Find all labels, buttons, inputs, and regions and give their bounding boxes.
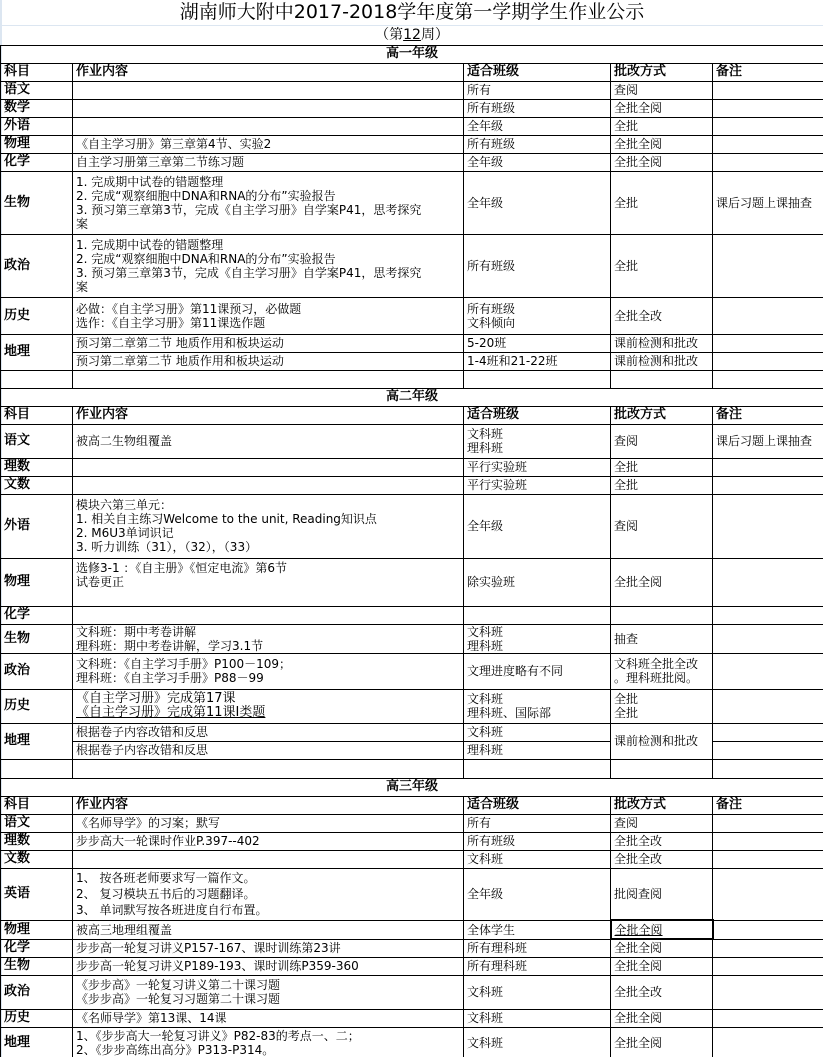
grade-header: 高二年级 <box>1 388 823 406</box>
content-line: 3、 单词默写按各班进度自行布置。 <box>76 902 460 918</box>
note-cell[interactable] <box>713 234 823 297</box>
method-cell[interactable]: 批阅查阅 <box>611 868 713 920</box>
classes-cell[interactable] <box>464 606 611 624</box>
subtitle-prefix: （第 <box>375 27 403 43</box>
classes-cell[interactable]: 文理进度略有不同 <box>464 653 611 689</box>
col-header-note: 备注 <box>713 796 823 814</box>
subject-cell[interactable]: 理数 <box>1 458 73 476</box>
content-cell[interactable] <box>73 759 464 778</box>
classes-cell[interactable]: 文科班 <box>464 723 611 741</box>
classes-line: 理科班 <box>467 441 607 455</box>
table-row: 政治 《步步高》一轮复习讲义第二十课习题 《步步高》一轮复习习题第二十课习题 文… <box>1 975 823 1009</box>
page-title: 湖南师大附中2017-2018学年度第一学期学生作业公示 <box>1 0 823 25</box>
method-cell[interactable]: 课前检测和批改 <box>611 352 713 370</box>
content-cell[interactable]: 《步步高》一轮复习讲义第二十课习题 《步步高》一轮复习习题第二十课习题 <box>73 975 464 1009</box>
table-row: 物理 《自主学习册》第三章第4节、实验2 所有班级 全批全阅 <box>1 135 823 153</box>
note-cell[interactable] <box>713 117 823 135</box>
content-cell[interactable] <box>73 117 464 135</box>
note-cell[interactable] <box>713 814 823 832</box>
content-line: 《步步高》一轮复习讲义第二十课习题 <box>76 978 460 992</box>
note-cell[interactable] <box>713 558 823 606</box>
content-line: 3. 听力训练（31），（32），（33） <box>76 540 460 554</box>
content-cell[interactable]: 预习第二章第二节 地质作用和板块运动 <box>73 334 464 352</box>
content-cell[interactable] <box>73 81 464 99</box>
classes-cell[interactable]: 1-4班和21-22班 <box>464 352 611 370</box>
table-row: 语文 《名师导学》的习案；默写 所有 查阅 <box>1 814 823 832</box>
classes-line: 文科班 <box>467 692 607 706</box>
classes-cell[interactable]: 全体学生 <box>464 920 611 939</box>
method-cell[interactable]: 查阅 <box>611 814 713 832</box>
content-line: 1. 完成期中试卷的错题整理 <box>76 175 460 189</box>
subject-cell[interactable]: 外语 <box>1 117 73 135</box>
classes-cell[interactable]: 全年级 <box>464 868 611 920</box>
content-cell[interactable]: 根据卷子内容改错和反思 <box>73 741 464 759</box>
content-cell[interactable] <box>73 850 464 868</box>
content-cell[interactable]: 自主学习册第三章第二节练习题 <box>73 153 464 171</box>
col-header-subject: 科目 <box>1 796 73 814</box>
content-line: 选修3-1 ：《自主册》《恒定电流》第6节 <box>76 561 460 575</box>
homework-table: 湖南师大附中2017-2018学年度第一学期学生作业公示 （第12周） 高一年级… <box>0 0 823 1057</box>
method-cell[interactable]: 文科班全批全改 。理科班批阅。 <box>611 653 713 689</box>
classes-cell[interactable]: 理科班 <box>464 741 611 759</box>
content-line: 选作：《自主学习册》第11课选作题 <box>76 316 460 330</box>
table-row-empty <box>1 370 823 388</box>
note-cell[interactable] <box>713 81 823 99</box>
method-cell[interactable] <box>611 370 713 388</box>
table-row: 语文 被高二生物组覆盖 文科班 理科班 查阅 课后习题上课抽查 <box>1 424 823 458</box>
note-cell[interactable]: 课后习题上课抽查 <box>713 424 823 458</box>
col-header-method: 批改方式 <box>611 796 713 814</box>
week-number: 12 <box>403 27 421 43</box>
classes-line: 所有班级 <box>467 302 607 316</box>
note-cell[interactable] <box>713 832 823 850</box>
method-cell[interactable]: 全批全阅 <box>611 939 713 957</box>
method-cell[interactable]: 全批全阅 <box>611 135 713 153</box>
table-row: 理数 步步高大一轮课时作业P.397--402 所有班级 全批全改 <box>1 832 823 850</box>
method-cell[interactable]: 全批全阅 <box>611 99 713 117</box>
classes-cell[interactable]: 所有 <box>464 81 611 99</box>
content-line: 2. M6U3单词识记 <box>76 526 460 540</box>
content-line: 《自主学习册》完成第11课Ⅰ类题 <box>76 706 460 720</box>
classes-line: 理科班 <box>467 639 607 653</box>
col-header-subject: 科目 <box>1 406 73 424</box>
subject-cell[interactable]: 物理 <box>1 558 73 606</box>
table-row: 预习第二章第二节 地质作用和板块运动 1-4班和21-22班 课前检测和批改 <box>1 352 823 370</box>
table-row: 地理 1、《步步高大一轮复习讲义》P82-83的考点一、二； 2、《步步高练出高… <box>1 1027 823 1057</box>
content-line: 1、 按各班老师要求写一篇作文。 <box>76 870 460 886</box>
content-cell[interactable]: 被高二生物组覆盖 <box>73 424 464 458</box>
table-row: 化学 步步高一轮复习讲义P157-167、课时训练第23讲 所有理科班 全批全阅 <box>1 939 823 957</box>
content-line: 试卷更正 <box>76 575 460 589</box>
method-cell[interactable]: 全批 全批 <box>611 689 713 723</box>
note-cell[interactable] <box>713 975 823 1009</box>
content-line: 模块六第三单元： <box>76 498 460 512</box>
content-line: 必做：《自主学习册》第11课预习，必做题 <box>76 302 460 316</box>
note-cell[interactable]: 课后习题上课抽查 <box>713 171 823 234</box>
classes-cell[interactable]: 所有班级 <box>464 234 611 297</box>
content-cell[interactable]: 步步高大一轮课时作业P.397--402 <box>73 832 464 850</box>
method-line: 全批 <box>614 706 709 720</box>
content-line: 2、《步步高练出高分》P313-P314。 <box>76 1043 460 1057</box>
classes-cell[interactable]: 所有理科班 <box>464 939 611 957</box>
method-line: 全批 <box>614 692 709 706</box>
classes-line: 文科倾向 <box>467 316 607 330</box>
subject-cell[interactable]: 政治 <box>1 653 73 689</box>
content-cell[interactable]: 选修3-1 ：《自主册》《恒定电流》第6节 试卷更正 <box>73 558 464 606</box>
content-line: 理科班：期中考卷讲解，学习3.1节 <box>76 639 460 653</box>
method-cell[interactable]: 全批全阅 <box>611 558 713 606</box>
classes-cell[interactable]: 文科班 理科班 <box>464 624 611 653</box>
note-cell[interactable] <box>713 135 823 153</box>
method-cell[interactable]: 查阅 <box>611 424 713 458</box>
content-line: 1. 完成期中试卷的错题整理 <box>76 238 460 252</box>
method-cell[interactable]: 全批 <box>611 458 713 476</box>
table-row: 地理 预习第二章第二节 地质作用和板块运动 5-20班 课前检测和批改 <box>1 334 823 352</box>
table-row: 语文 所有 查阅 <box>1 81 823 99</box>
classes-cell[interactable]: 全年级 <box>464 153 611 171</box>
classes-line: 理科班、国际部 <box>467 706 607 720</box>
subject-cell[interactable]: 语文 <box>1 814 73 832</box>
subject-cell[interactable]: 语文 <box>1 81 73 99</box>
week-subtitle: （第12周） <box>1 25 823 45</box>
content-cell[interactable]: 《名师导学》第13课、14课 <box>73 1009 464 1027</box>
content-cell[interactable]: 《名师导学》的习案；默写 <box>73 814 464 832</box>
content-cell[interactable]: 《自主学习册》第三章第4节、实验2 <box>73 135 464 153</box>
note-cell[interactable] <box>713 1027 823 1057</box>
table-row: 政治 文科班：《自主学习手册》P100－109； 理科班：《自主学习手册》P88… <box>1 653 823 689</box>
subject-cell[interactable]: 历史 <box>1 689 73 723</box>
classes-cell[interactable]: 所有班级 <box>464 99 611 117</box>
classes-cell[interactable]: 文科班 <box>464 975 611 1009</box>
content-line: 文科班：《自主学习手册》P100－109； <box>76 657 460 671</box>
method-cell[interactable]: 全批全阅 <box>611 153 713 171</box>
classes-cell[interactable]: 文科班 <box>464 1027 611 1057</box>
content-cell[interactable]: 1. 完成期中试卷的错题整理 2. 完成“观察细胞中DNA和RNA的分布”实验报… <box>73 234 464 297</box>
classes-cell[interactable]: 所有班级 <box>464 832 611 850</box>
note-cell[interactable] <box>713 494 823 558</box>
content-cell[interactable]: 文科班：《自主学习手册》P100－109； 理科班：《自主学习手册》P88－99 <box>73 653 464 689</box>
method-cell[interactable]: 全批全改 <box>611 850 713 868</box>
subject-cell[interactable]: 生物 <box>1 171 73 234</box>
table-row: 外语 模块六第三单元： 1. 相关自主练习Welcome to the unit… <box>1 494 823 558</box>
col-header-classes: 适合班级 <box>464 796 611 814</box>
method-cell[interactable]: 查阅 <box>611 494 713 558</box>
table-row: 化学 <box>1 606 823 624</box>
method-cell[interactable] <box>611 606 713 624</box>
method-cell[interactable]: 全批 <box>611 476 713 494</box>
classes-cell[interactable]: 文科班 理科班 <box>464 424 611 458</box>
subject-cell[interactable]: 文数 <box>1 476 73 494</box>
content-cell[interactable] <box>73 606 464 624</box>
method-cell[interactable]: 全批全改 <box>611 832 713 850</box>
col-header-classes: 适合班级 <box>464 63 611 81</box>
subject-cell[interactable]: 物理 <box>1 135 73 153</box>
content-cell[interactable] <box>73 476 464 494</box>
table-row: 历史 《名师导学》第13课、14课 文科班 全批全阅 <box>1 1009 823 1027</box>
note-cell[interactable] <box>713 868 823 920</box>
method-cell[interactable]: 全批 <box>611 117 713 135</box>
content-line: 文科班：期中考卷讲解 <box>76 625 460 639</box>
content-line: 3. 预习第三章第3节，完成《自主学习册》自学案P41，思考探究 <box>76 203 460 217</box>
table-row: 物理 被高三地理组覆盖 全体学生 全批全阅 <box>1 920 823 939</box>
content-line: 2. 完成“观察细胞中DNA和RNA的分布”实验报告 <box>76 252 460 266</box>
note-cell[interactable] <box>713 741 823 759</box>
content-cell[interactable]: 根据卷子内容改错和反思 <box>73 723 464 741</box>
method-cell[interactable]: 全批 <box>611 234 713 297</box>
table-row: 生物 文科班：期中考卷讲解 理科班：期中考卷讲解，学习3.1节 文科班 理科班 … <box>1 624 823 653</box>
note-cell[interactable] <box>713 653 823 689</box>
method-cell[interactable]: 课前检测和批改 <box>611 334 713 352</box>
table-row: 文数 平行实验班 全批 <box>1 476 823 494</box>
table-row: 外语 全年级 全批 <box>1 117 823 135</box>
col-header-content: 作业内容 <box>73 406 464 424</box>
note-cell[interactable] <box>713 723 823 741</box>
note-cell[interactable] <box>713 939 823 957</box>
content-cell[interactable]: 被高三地理组覆盖 <box>73 920 464 939</box>
note-cell[interactable] <box>713 957 823 975</box>
subject-cell[interactable]: 化学 <box>1 606 73 624</box>
classes-cell[interactable]: 文科班 <box>464 1009 611 1027</box>
subject-cell[interactable]: 文数 <box>1 850 73 868</box>
table-row: 生物 1. 完成期中试卷的错题整理 2. 完成“观察细胞中DNA和RNA的分布”… <box>1 171 823 234</box>
table-row: 物理 选修3-1 ：《自主册》《恒定电流》第6节 试卷更正 除实验班 全批全阅 <box>1 558 823 606</box>
col-header-note: 备注 <box>713 63 823 81</box>
col-header-classes: 适合班级 <box>464 406 611 424</box>
classes-cell[interactable]: 所有理科班 <box>464 957 611 975</box>
table-row: 地理 根据卷子内容改错和反思 文科班 课前检测和批改 <box>1 723 823 741</box>
col-header-method: 批改方式 <box>611 63 713 81</box>
classes-cell[interactable]: 所有班级 文科倾向 <box>464 297 611 334</box>
table-row-empty <box>1 759 823 778</box>
subject-cell[interactable]: 语文 <box>1 424 73 458</box>
method-line: 文科班全批全改 <box>614 657 709 671</box>
note-cell[interactable] <box>713 334 823 352</box>
note-cell[interactable] <box>713 624 823 653</box>
table-row: 历史 必做：《自主学习册》第11课预习，必做题 选作：《自主学习册》第11课选作… <box>1 297 823 334</box>
classes-cell[interactable]: 除实验班 <box>464 558 611 606</box>
content-cell[interactable]: 《自主学习册》完成第17课 《自主学习册》完成第11课Ⅰ类题 <box>73 689 464 723</box>
note-cell[interactable] <box>713 850 823 868</box>
col-header-content: 作业内容 <box>73 796 464 814</box>
content-line: 理科班：《自主学习手册》P88－99 <box>76 671 460 685</box>
subject-cell[interactable]: 生物 <box>1 624 73 653</box>
grade-header: 高三年级 <box>1 778 823 796</box>
content-cell[interactable]: 1、《步步高大一轮复习讲义》P82-83的考点一、二； 2、《步步高练出高分》P… <box>73 1027 464 1057</box>
method-cell[interactable]: 全批 <box>611 171 713 234</box>
classes-line: 文科班 <box>467 625 607 639</box>
method-cell[interactable]: 抽查 <box>611 624 713 653</box>
note-cell[interactable] <box>713 606 823 624</box>
table-row: 英语 1、 按各班老师要求写一篇作文。 2、 复习模块五书后的习题翻译。 3、 … <box>1 868 823 920</box>
table-row: 生物 步步高一轮复习讲义P189-193、课时训练P359-360 所有理科班 … <box>1 957 823 975</box>
classes-cell[interactable] <box>464 370 611 388</box>
content-line: 1. 相关自主练习Welcome to the unit, Reading知识点 <box>76 512 460 526</box>
classes-cell[interactable] <box>464 759 611 778</box>
col-header-content: 作业内容 <box>73 63 464 81</box>
subject-cell[interactable]: 化学 <box>1 153 73 171</box>
content-cell[interactable] <box>73 458 464 476</box>
note-cell[interactable] <box>713 458 823 476</box>
content-line <box>76 589 460 603</box>
subject-cell[interactable]: 政治 <box>1 975 73 1009</box>
content-line: 《自主学习册》完成第17课 <box>76 692 460 706</box>
content-line: 案 <box>76 280 460 294</box>
content-cell[interactable] <box>73 99 464 117</box>
method-cell[interactable]: 全批全阅 <box>611 957 713 975</box>
content-cell[interactable]: 预习第二章第二节 地质作用和板块运动 <box>73 352 464 370</box>
table-row: 化学 自主学习册第三章第二节练习题 全年级 全批全阅 <box>1 153 823 171</box>
table-row: 文数 文科班 全批全改 <box>1 850 823 868</box>
col-header-method: 批改方式 <box>611 406 713 424</box>
subject-cell[interactable]: 化学 <box>1 939 73 957</box>
col-header-subject: 科目 <box>1 63 73 81</box>
table-row: 政治 1. 完成期中试卷的错题整理 2. 完成“观察细胞中DNA和RNA的分布”… <box>1 234 823 297</box>
content-line: 案 <box>76 217 460 231</box>
subject-cell[interactable]: 地理 <box>1 1027 73 1057</box>
content-cell[interactable]: 1、 按各班老师要求写一篇作文。 2、 复习模块五书后的习题翻译。 3、 单词默… <box>73 868 464 920</box>
content-cell[interactable]: 步步高一轮复习讲义P157-167、课时训练第23讲 <box>73 939 464 957</box>
note-cell[interactable] <box>713 370 823 388</box>
subject-cell[interactable]: 地理 <box>1 723 73 759</box>
subject-cell[interactable] <box>1 370 73 388</box>
table-row: 理数 平行实验班 全批 <box>1 458 823 476</box>
method-cell[interactable]: 查阅 <box>611 81 713 99</box>
subject-cell[interactable]: 数学 <box>1 99 73 117</box>
subject-cell[interactable]: 政治 <box>1 234 73 297</box>
note-cell[interactable] <box>713 297 823 334</box>
classes-cell[interactable]: 全年级 <box>464 117 611 135</box>
classes-cell[interactable]: 所有班级 <box>464 135 611 153</box>
subject-cell[interactable]: 理数 <box>1 832 73 850</box>
content-line: 1、《步步高大一轮复习讲义》P82-83的考点一、二； <box>76 1029 460 1043</box>
subject-cell[interactable]: 英语 <box>1 868 73 920</box>
subject-cell[interactable]: 物理 <box>1 920 73 939</box>
subject-cell[interactable] <box>1 759 73 778</box>
classes-cell[interactable]: 平行实验班 <box>464 476 611 494</box>
table-row: 历史 《自主学习册》完成第17课 《自主学习册》完成第11课Ⅰ类题 文科班 理科… <box>1 689 823 723</box>
note-cell[interactable] <box>713 153 823 171</box>
content-cell[interactable]: 1. 完成期中试卷的错题整理 2. 完成“观察细胞中DNA和RNA的分布”实验报… <box>73 171 464 234</box>
method-cell[interactable]: 全批全阅 <box>611 1009 713 1027</box>
method-line: 。理科班批阅。 <box>614 671 709 685</box>
note-cell[interactable] <box>713 1009 823 1027</box>
col-header-note: 备注 <box>713 406 823 424</box>
content-line: 2、 复习模块五书后的习题翻译。 <box>76 886 460 902</box>
classes-cell[interactable]: 文科班 理科班、国际部 <box>464 689 611 723</box>
note-cell[interactable] <box>713 920 823 939</box>
method-cell[interactable] <box>611 759 713 778</box>
content-line: 3. 预习第三章第3节，完成《自主学习册》自学案P41，思考探究 <box>76 266 460 280</box>
subtitle-suffix: 周） <box>421 27 449 43</box>
subject-cell[interactable]: 外语 <box>1 494 73 558</box>
classes-cell[interactable]: 平行实验班 <box>464 458 611 476</box>
classes-cell[interactable]: 所有 <box>464 814 611 832</box>
classes-cell[interactable]: 文科班 <box>464 850 611 868</box>
subject-cell[interactable]: 历史 <box>1 297 73 334</box>
note-cell[interactable] <box>713 689 823 723</box>
method-cell[interactable]: 全批全改 <box>611 297 713 334</box>
content-line: 《步步高》一轮复习习题第二十课习题 <box>76 992 460 1006</box>
content-line: 2. 完成“观察细胞中DNA和RNA的分布”实验报告 <box>76 189 460 203</box>
subject-cell[interactable]: 地理 <box>1 334 73 370</box>
spreadsheet: 湖南师大附中2017-2018学年度第一学期学生作业公示 （第12周） 高一年级… <box>0 0 823 1057</box>
method-cell[interactable]: 全批全阅 <box>611 1027 713 1057</box>
classes-line: 文科班 <box>467 427 607 441</box>
content-cell[interactable]: 必做：《自主学习册》第11课预习，必做题 选作：《自主学习册》第11课选作题 <box>73 297 464 334</box>
classes-cell[interactable]: 全年级 <box>464 494 611 558</box>
content-cell[interactable]: 文科班：期中考卷讲解 理科班：期中考卷讲解，学习3.1节 <box>73 624 464 653</box>
note-cell[interactable] <box>713 759 823 778</box>
content-cell[interactable]: 步步高一轮复习讲义P189-193、课时训练P359-360 <box>73 957 464 975</box>
note-cell[interactable] <box>713 99 823 117</box>
note-cell[interactable] <box>713 476 823 494</box>
method-cell[interactable]: 课前检测和批改 <box>611 723 713 759</box>
content-cell[interactable] <box>73 370 464 388</box>
table-row: 数学 所有班级 全批全阅 <box>1 99 823 117</box>
grade-header: 高一年级 <box>1 45 823 63</box>
note-cell[interactable] <box>713 352 823 370</box>
method-cell-selected[interactable]: 全批全阅 <box>611 920 713 939</box>
method-cell[interactable]: 全批全改 <box>611 975 713 1009</box>
subject-cell[interactable]: 生物 <box>1 957 73 975</box>
classes-cell[interactable]: 5-20班 <box>464 334 611 352</box>
classes-cell[interactable]: 全年级 <box>464 171 611 234</box>
subject-cell[interactable]: 历史 <box>1 1009 73 1027</box>
content-cell[interactable]: 模块六第三单元： 1. 相关自主练习Welcome to the unit, R… <box>73 494 464 558</box>
